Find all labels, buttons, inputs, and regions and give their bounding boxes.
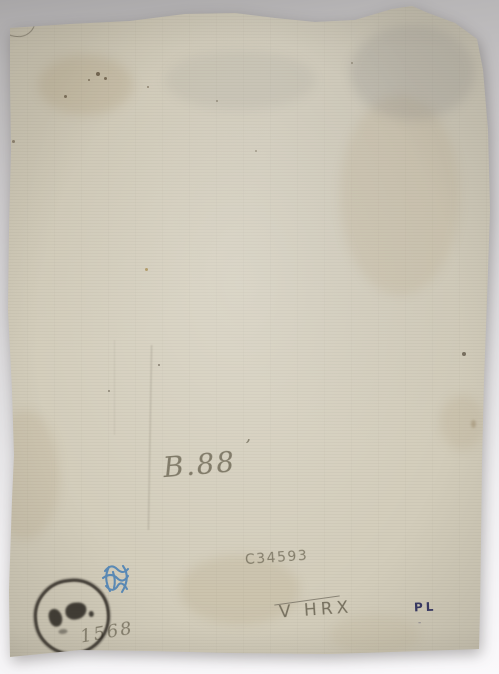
circled-number-text: 113 — [4, 10, 33, 26]
paper-sheet-verso: B.88 ’ 113 C34593 V HRX 1568 PL - — [0, 0, 499, 674]
photo-backdrop: B.88 ’ 113 C34593 V HRX 1568 PL - — [0, 0, 499, 674]
paper-edge-shading — [0, 0, 499, 674]
paper-wrap: B.88 ’ 113 C34593 V HRX 1568 PL - — [0, 0, 499, 674]
